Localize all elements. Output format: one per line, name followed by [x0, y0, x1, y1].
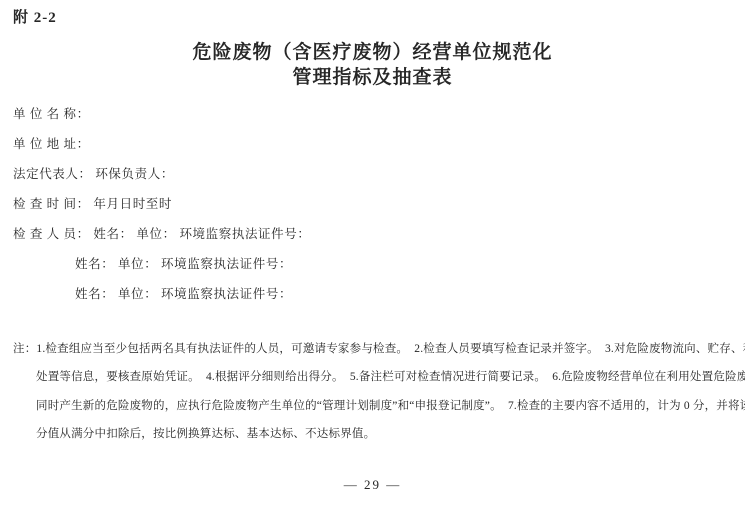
inspectors-row-3: 姓名： 单位： 环境监察执法证件号： — [75, 284, 292, 302]
document-title-line2: 管理指标及抽查表 — [0, 62, 745, 89]
unit-address-field-label: 单 位 地 址： — [13, 134, 90, 152]
notes-line-4: 分值从满分中扣除后，按比例换算达标、基本达标、不达标界值。 — [36, 425, 375, 441]
document-title-line1: 危险废物（含医疗废物）经营单位规范化 — [0, 37, 745, 64]
notes-line-2: 处置等信息，要核查原始凭证。 4.根据评分细则给出得分。 5.备注栏可对检查情况… — [36, 368, 745, 384]
inspectors-row-2: 姓名： 单位： 环境监察执法证件号： — [75, 254, 292, 272]
unit-name-field-label: 单 位 名 称： — [13, 104, 90, 122]
inspection-time-field-label: 检 查 时 间： 年月日时至时 — [13, 194, 172, 212]
attachment-label: 附 2-2 — [13, 6, 57, 27]
notes-line-3: 同时产生新的危险废物的，应执行危险废物产生单位的“管理计划制度”和“申报登记制度… — [36, 397, 745, 413]
notes-line-1: 注：1.检查组应当至少包括两名具有执法证件的人员，可邀请专家参与检查。 2.检查… — [13, 340, 745, 356]
legal-representative-field-label: 法定代表人： 环保负责人： — [13, 164, 174, 182]
inspectors-row-1: 检 查 人 员： 姓名： 单位： 环境监察执法证件号： — [13, 224, 310, 242]
document-page: 附 2-2 危险废物（含医疗废物）经营单位规范化 管理指标及抽查表 单 位 名 … — [0, 0, 745, 506]
page-number: — 29 — — [0, 477, 745, 493]
